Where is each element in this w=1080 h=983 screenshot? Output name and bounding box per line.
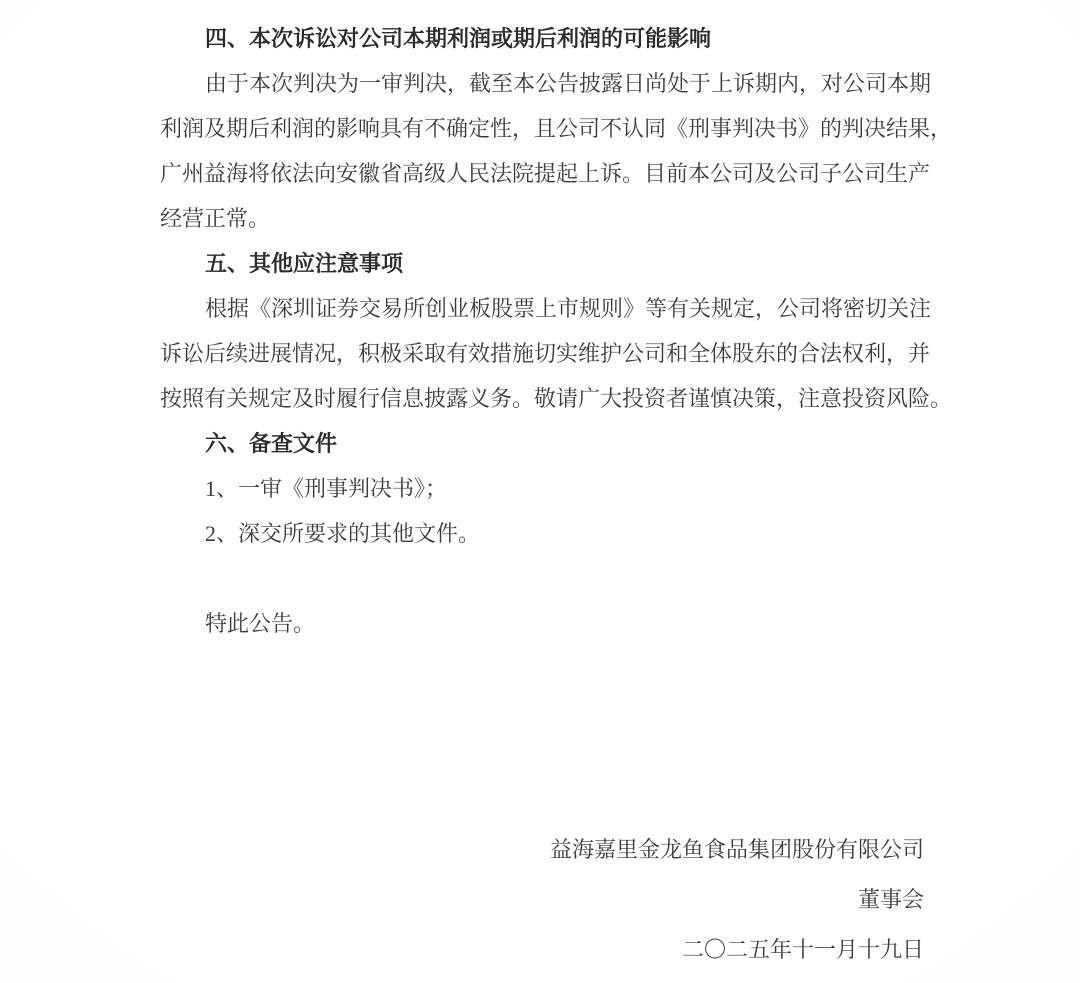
paragraph-line: 利润及期后利润的影响具有不确定性，且公司不认同《刑事判决书》的判决结果， xyxy=(160,106,930,151)
section-heading-impact: 四、本次诉讼对公司本期利润或期后利润的可能影响 xyxy=(160,16,930,61)
signature-board: 董事会 xyxy=(160,875,924,925)
section-heading-reference-documents: 六、备查文件 xyxy=(160,421,930,466)
list-item: 1、一审《刑事判决书》； xyxy=(160,466,930,511)
paragraph-line: 按照有关规定及时履行信息披露义务。敬请广大投资者谨慎决策，注意投资风险。 xyxy=(160,376,930,421)
paragraph-line: 根据《深圳证券交易所创业板股票上市规则》等有关规定，公司将密切关注 xyxy=(160,286,930,331)
paragraph-line: 由于本次判决为一审判决，截至本公告披露日尚处于上诉期内，对公司本期 xyxy=(160,61,930,106)
signature-company: 益海嘉里金龙鱼食品集团股份有限公司 xyxy=(160,825,924,875)
paragraph-line: 经营正常。 xyxy=(160,196,930,241)
signature-block: 益海嘉里金龙鱼食品集团股份有限公司 董事会 二〇二五年十一月十九日 xyxy=(160,825,930,975)
closing-statement: 特此公告。 xyxy=(160,601,930,646)
section-heading-other-notes: 五、其他应注意事项 xyxy=(160,241,930,286)
list-item: 2、深交所要求的其他文件。 xyxy=(160,511,930,556)
signature-date: 二〇二五年十一月十九日 xyxy=(160,925,924,975)
paragraph-line: 诉讼后续进展情况，积极采取有效措施切实维护公司和全体股东的合法权利，并 xyxy=(160,331,930,376)
paragraph-line: 广州益海将依法向安徽省高级人民法院提起上诉。目前本公司及公司子公司生产 xyxy=(160,151,930,196)
announcement-page: 四、本次诉讼对公司本期利润或期后利润的可能影响 由于本次判决为一审判决，截至本公… xyxy=(0,0,1080,983)
